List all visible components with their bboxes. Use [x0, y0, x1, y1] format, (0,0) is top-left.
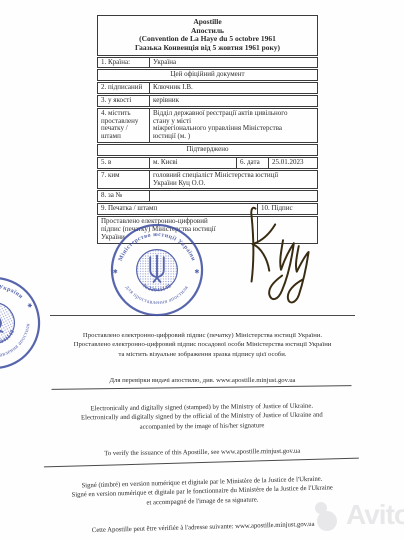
row-signed-by: 2. підписаний Ключник І.В.: [97, 82, 318, 94]
row-seal: 4. містить проставлену печатку / штамп В…: [97, 108, 318, 143]
row-acting-as-value: керівник: [149, 96, 317, 106]
note-uk-text: Проставлено електронно-цифровий підпис (…: [50, 331, 355, 360]
ministry-round-stamp-icon: Міністерство юстиції України для простав…: [106, 219, 208, 321]
note-block-ukrainian: Проставлено електронно-цифровий підпис (…: [50, 315, 355, 395]
row-country-label: 1. Країна:: [98, 58, 149, 68]
stamp-star-right-icon: ✱: [26, 302, 34, 311]
row-seal-label: 4. містить проставлену печатку / штамп: [98, 109, 149, 142]
stamp-star-right-icon: ✱: [194, 268, 199, 275]
row-date-value: 25.01.2023: [268, 158, 317, 168]
row-at-value: м. Києві: [149, 158, 236, 168]
row-number-label: 8. за №: [98, 191, 149, 201]
row-at-label: 5. в: [98, 158, 149, 168]
handwritten-signature: Куц: [239, 193, 329, 311]
apostille-document-page: Apostille Апостиль (Convention de La Hay…: [0, 0, 404, 540]
row-country: 1. Країна: Україна: [97, 57, 318, 69]
official-document-text: Цей офіційний документ: [98, 70, 317, 80]
row-by-whom: 7. ким головний спеціаліст Міністерства …: [97, 170, 318, 190]
stamp-star-left-icon: ✱: [113, 268, 118, 275]
row-official-document: Цей офіційний документ: [97, 69, 318, 81]
row-signed-by-value: Ключник І.В.: [149, 83, 317, 93]
row-acting-as: 3. у якості керівник: [97, 95, 318, 107]
row-certified: Підтверджено: [97, 144, 318, 156]
row-seal-value: Відділ державної реєстрації актів цивіль…: [149, 109, 317, 142]
row-by-label: 7. ким: [98, 171, 149, 189]
row-place-date: 5. в м. Києві 6. дата 25.01.2023: [97, 157, 318, 169]
seal-column-label: 9. Печатка / штамп: [98, 204, 257, 214]
table-header-row: Apostille Апостиль (Convention de La Hay…: [97, 15, 318, 56]
apostille-title: Apostille Апостиль (Convention de La Hay…: [98, 16, 317, 55]
certified-text: Підтверджено: [98, 145, 317, 155]
row-country-value: Україна: [149, 58, 317, 68]
avito-logo-icon: [312, 498, 344, 532]
avito-watermark-text: Avito: [346, 499, 404, 531]
avito-watermark: Avito: [312, 498, 404, 532]
note-en-text: Electronically and digitally signed (sta…: [52, 401, 352, 433]
note-en-verify-url: To verify the issuance of this Apostille…: [52, 446, 352, 459]
note-block-english: Electronically and digitally signed (sta…: [52, 385, 353, 468]
note-uk-verify-url: Для перевірки видачі апостилю, див. www.…: [50, 376, 355, 386]
row-date-label: 6. дата: [236, 158, 268, 168]
row-acting-as-label: 3. у якості: [98, 96, 149, 106]
row-signed-by-label: 2. підписаний: [98, 83, 149, 93]
row-by-value: головний спеціаліст Міністерства юстиції…: [149, 171, 317, 189]
